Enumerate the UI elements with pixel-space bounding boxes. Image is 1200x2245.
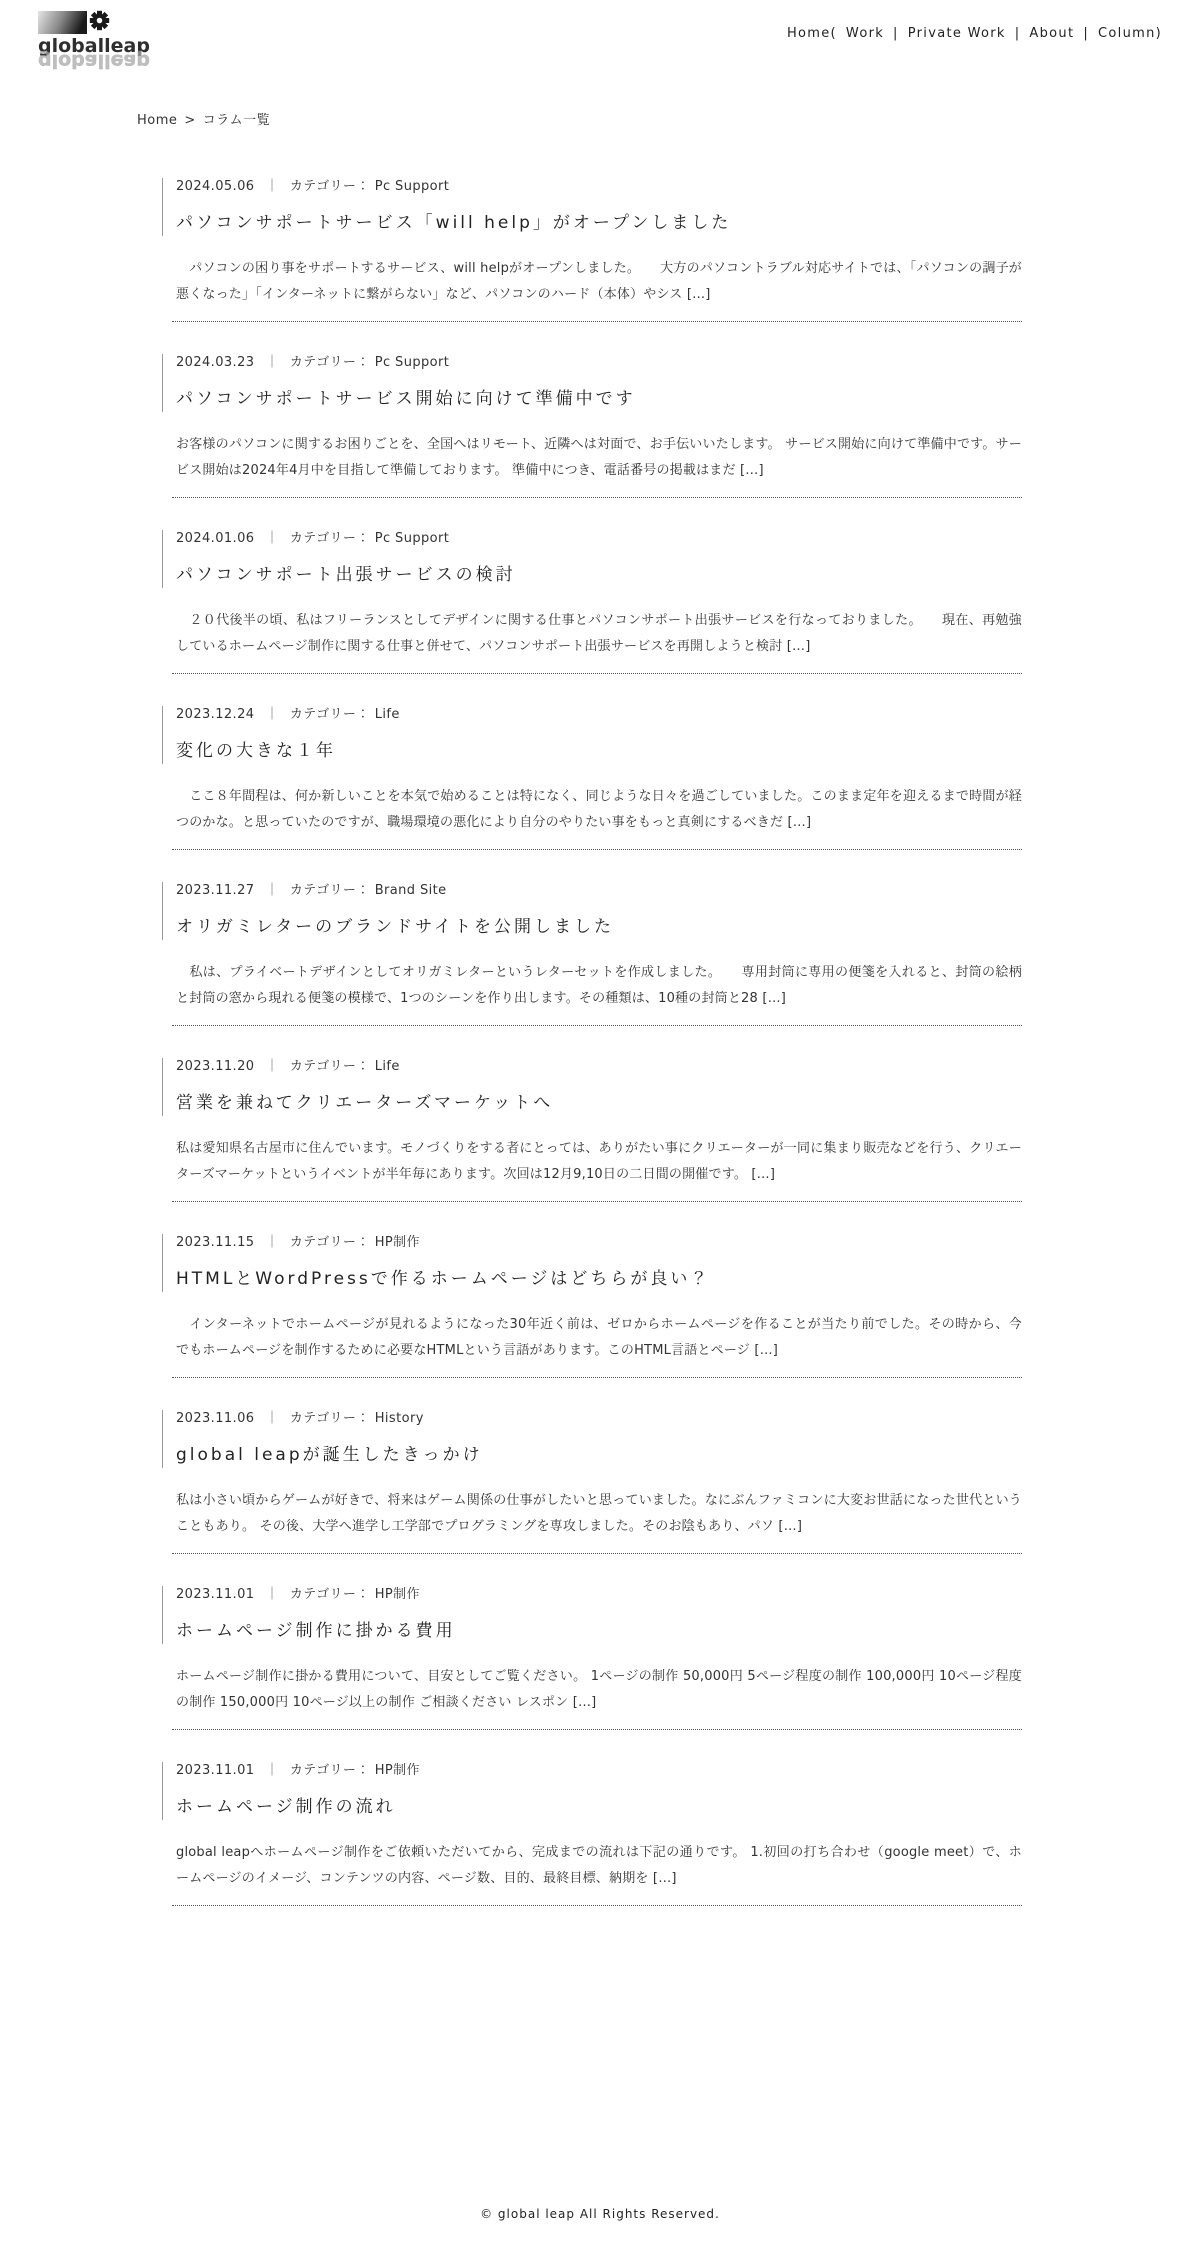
article-meta: 2024.03.23 ｜ カテゴリー： Pc Support xyxy=(176,354,1022,372)
article-title-link[interactable]: global leapが誕生したきっかけ xyxy=(176,1445,483,1465)
article-category-link[interactable]: Life xyxy=(375,1058,400,1076)
article-title: 変化の大きな１年 xyxy=(176,738,1022,764)
category-label: カテゴリー： xyxy=(290,1410,370,1428)
article-item: 2023.11.01 ｜ カテゴリー： HP制作 ホームページ制作の流れ glo… xyxy=(162,1730,1022,1906)
article-item: 2024.01.06 ｜ カテゴリー： Pc Support パソコンサポート出… xyxy=(162,498,1022,674)
article-date: 2023.11.01 xyxy=(176,1762,254,1780)
article-title: パソコンサポートサービス開始に向けて準備中です xyxy=(176,386,1022,412)
article-title-link[interactable]: ホームページ制作に掛かる費用 xyxy=(176,1621,456,1641)
meta-separator: ｜ xyxy=(265,178,278,196)
article-title: ホームページ制作に掛かる費用 xyxy=(176,1618,1022,1644)
article-excerpt: インターネットでホームページが見れるようになった30年近く前は、ゼロからホームペ… xyxy=(176,1312,1022,1364)
article-title: オリガミレターのブランドサイトを公開しました xyxy=(176,914,1022,940)
copyright-text: © global leap All Rights Reserved. xyxy=(480,2207,720,2221)
article-title-link[interactable]: パソコンサポートサービス「will help」がオープンしました xyxy=(176,213,731,233)
article-header: 2024.03.23 ｜ カテゴリー： Pc Support パソコンサポートサ… xyxy=(162,354,1022,412)
breadcrumb-home-link[interactable]: Home xyxy=(137,112,177,130)
category-label: カテゴリー： xyxy=(290,1586,370,1604)
article-excerpt: パソコンの困り事をサポートするサービス、will helpがオープンしました。 … xyxy=(176,256,1022,308)
article-excerpt: ここ８年間程は、何か新しいことを本気で始めることは特になく、同じような日々を過ご… xyxy=(176,784,1022,836)
article-item: 2023.12.24 ｜ カテゴリー： Life 変化の大きな１年 ここ８年間程… xyxy=(162,674,1022,850)
article-header: 2023.12.24 ｜ カテゴリー： Life 変化の大きな１年 xyxy=(162,706,1022,764)
meta-separator: ｜ xyxy=(265,1410,278,1428)
breadcrumb-current: コラム一覧 xyxy=(203,112,270,130)
article-title-link[interactable]: パソコンサポート出張サービスの検討 xyxy=(176,565,516,585)
category-label: カテゴリー： xyxy=(290,1762,370,1780)
site-header: globalleap globalleap Home( Work | Priva… xyxy=(0,0,1200,64)
article-category-link[interactable]: HP制作 xyxy=(375,1762,420,1780)
article-title-link[interactable]: 変化の大きな１年 xyxy=(176,741,336,761)
article-excerpt: 私は、プライベートデザインとしてオリガミレターというレターセットを作成しました。… xyxy=(176,960,1022,1012)
meta-separator: ｜ xyxy=(265,706,278,724)
article-header: 2023.11.01 ｜ カテゴリー： HP制作 ホームページ制作の流れ xyxy=(162,1762,1022,1820)
article-item: 2023.11.27 ｜ カテゴリー： Brand Site オリガミレターのブ… xyxy=(162,850,1022,1026)
meta-separator: ｜ xyxy=(265,530,278,548)
article-title-link[interactable]: 営業を兼ねてクリエーターズマーケットへ xyxy=(176,1093,553,1113)
article-category-link[interactable]: Life xyxy=(375,706,400,724)
site-logo[interactable]: globalleap globalleap xyxy=(38,10,150,70)
article-title: HTMLとWordPressで作るホームページはどちらが良い？ xyxy=(176,1266,1022,1292)
article-meta: 2023.11.27 ｜ カテゴリー： Brand Site xyxy=(176,882,1022,900)
article-meta: 2023.11.20 ｜ カテゴリー： Life xyxy=(176,1058,1022,1076)
nav-link-home[interactable]: Home( xyxy=(787,26,837,41)
article-excerpt: ホームページ制作に掛かる費用について、目安としてご覧ください。 1ページの制作 … xyxy=(176,1664,1022,1716)
article-date: 2023.11.15 xyxy=(176,1234,254,1252)
article-date: 2023.11.06 xyxy=(176,1410,254,1428)
article-item: 2024.05.06 ｜ カテゴリー： Pc Support パソコンサポートサ… xyxy=(162,146,1022,322)
article-date: 2023.12.24 xyxy=(176,706,254,724)
article-category-link[interactable]: HP制作 xyxy=(375,1586,420,1604)
article-header: 2024.05.06 ｜ カテゴリー： Pc Support パソコンサポートサ… xyxy=(162,178,1022,236)
category-label: カテゴリー： xyxy=(290,178,370,196)
article-category-link[interactable]: HP制作 xyxy=(375,1234,420,1252)
meta-separator: ｜ xyxy=(265,882,278,900)
article-date: 2023.11.01 xyxy=(176,1586,254,1604)
nav-link-about[interactable]: About xyxy=(1029,26,1074,41)
article-excerpt: 私は愛知県名古屋市に住んでいます。モノづくりをする者にとっては、ありがたい事にク… xyxy=(176,1136,1022,1188)
category-label: カテゴリー： xyxy=(290,530,370,548)
article-category-link[interactable]: Brand Site xyxy=(375,882,447,900)
gear-icon xyxy=(89,10,110,31)
article-header: 2023.11.20 ｜ カテゴリー： Life 営業を兼ねてクリエーターズマー… xyxy=(162,1058,1022,1116)
meta-separator: ｜ xyxy=(265,1586,278,1604)
article-date: 2023.11.27 xyxy=(176,882,254,900)
article-item: 2023.11.06 ｜ カテゴリー： History global leapが… xyxy=(162,1378,1022,1554)
meta-separator: ｜ xyxy=(265,1234,278,1252)
nav-separator: | xyxy=(1015,26,1021,41)
nav-separator: | xyxy=(1083,26,1089,41)
article-item: 2023.11.01 ｜ カテゴリー： HP制作 ホームページ制作に掛かる費用 … xyxy=(162,1554,1022,1730)
article-date: 2024.05.06 xyxy=(176,178,254,196)
article-meta: 2023.11.15 ｜ カテゴリー： HP制作 xyxy=(176,1234,1022,1252)
category-label: カテゴリー： xyxy=(290,1234,370,1252)
nav-link-work[interactable]: Work xyxy=(846,26,884,41)
category-label: カテゴリー： xyxy=(290,882,370,900)
article-meta: 2023.11.06 ｜ カテゴリー： History xyxy=(176,1410,1022,1428)
category-label: カテゴリー： xyxy=(290,1058,370,1076)
article-title-link[interactable]: パソコンサポートサービス開始に向けて準備中です xyxy=(176,389,636,409)
article-excerpt: ２０代後半の頃、私はフリーランスとしてデザインに関する仕事とパソコンサポート出張… xyxy=(176,608,1022,660)
article-header: 2024.01.06 ｜ カテゴリー： Pc Support パソコンサポート出… xyxy=(162,530,1022,588)
meta-separator: ｜ xyxy=(265,1058,278,1076)
main-nav: Home( Work | Private Work | About | Colu… xyxy=(787,26,1162,41)
category-label: カテゴリー： xyxy=(290,706,370,724)
article-excerpt: global leapへホームページ制作をご依頼いただいてから、完成までの流れは… xyxy=(176,1840,1022,1892)
breadcrumb-separator: > xyxy=(184,112,195,130)
logo-reflection-text: globalleap xyxy=(38,51,150,70)
column-list: 2024.05.06 ｜ カテゴリー： Pc Support パソコンサポートサ… xyxy=(162,146,1022,1906)
nav-link-column[interactable]: Column) xyxy=(1098,26,1162,41)
breadcrumb: Home > コラム一覧 xyxy=(137,112,1200,130)
article-title: ホームページ制作の流れ xyxy=(176,1794,1022,1820)
article-meta: 2023.11.01 ｜ カテゴリー： HP制作 xyxy=(176,1586,1022,1604)
article-title-link[interactable]: オリガミレターのブランドサイトを公開しました xyxy=(176,917,614,937)
meta-separator: ｜ xyxy=(265,354,278,372)
article-category-link[interactable]: Pc Support xyxy=(375,354,450,372)
site-footer: © global leap All Rights Reserved. xyxy=(0,2206,1200,2223)
category-label: カテゴリー： xyxy=(290,354,370,372)
nav-separator: | xyxy=(893,26,899,41)
article-item: 2023.11.20 ｜ カテゴリー： Life 営業を兼ねてクリエーターズマー… xyxy=(162,1026,1022,1202)
article-item: 2023.11.15 ｜ カテゴリー： HP制作 HTMLとWordPressで… xyxy=(162,1202,1022,1378)
article-title-link[interactable]: ホームページ制作の流れ xyxy=(176,1797,396,1817)
article-meta: 2023.12.24 ｜ カテゴリー： Life xyxy=(176,706,1022,724)
article-category-link[interactable]: Pc Support xyxy=(375,178,450,196)
article-excerpt: 私は小さい頃からゲームが好きで、将来はゲーム関係の仕事がしたいと思っていました。… xyxy=(176,1488,1022,1540)
article-header: 2023.11.27 ｜ カテゴリー： Brand Site オリガミレターのブ… xyxy=(162,882,1022,940)
article-date: 2024.01.06 xyxy=(176,530,254,548)
article-title-link[interactable]: HTMLとWordPressで作るホームページはどちらが良い？ xyxy=(176,1269,710,1289)
article-header: 2023.11.06 ｜ カテゴリー： History global leapが… xyxy=(162,1410,1022,1468)
article-meta: 2024.01.06 ｜ カテゴリー： Pc Support xyxy=(176,530,1022,548)
article-meta: 2023.11.01 ｜ カテゴリー： HP制作 xyxy=(176,1762,1022,1780)
article-title: パソコンサポートサービス「will help」がオープンしました xyxy=(176,210,1022,236)
article-header: 2023.11.15 ｜ カテゴリー： HP制作 HTMLとWordPressで… xyxy=(162,1234,1022,1292)
article-header: 2023.11.01 ｜ カテゴリー： HP制作 ホームページ制作に掛かる費用 xyxy=(162,1586,1022,1644)
article-title: パソコンサポート出張サービスの検討 xyxy=(176,562,1022,588)
meta-separator: ｜ xyxy=(265,1762,278,1780)
logo-gradient-bar xyxy=(38,11,87,34)
logo-mark xyxy=(38,10,150,35)
article-item: 2024.03.23 ｜ カテゴリー： Pc Support パソコンサポートサ… xyxy=(162,322,1022,498)
article-category-link[interactable]: Pc Support xyxy=(375,530,450,548)
article-excerpt: お客様のパソコンに関するお困りごとを、全国へはリモート、近隣へは対面で、お手伝い… xyxy=(176,432,1022,484)
nav-link-private-work[interactable]: Private Work xyxy=(908,26,1006,41)
article-category-link[interactable]: History xyxy=(375,1410,424,1428)
article-title: 営業を兼ねてクリエーターズマーケットへ xyxy=(176,1090,1022,1116)
article-date: 2023.11.20 xyxy=(176,1058,254,1076)
article-separator xyxy=(172,1905,1022,1906)
article-date: 2024.03.23 xyxy=(176,354,254,372)
article-meta: 2024.05.06 ｜ カテゴリー： Pc Support xyxy=(176,178,1022,196)
article-title: global leapが誕生したきっかけ xyxy=(176,1442,1022,1468)
